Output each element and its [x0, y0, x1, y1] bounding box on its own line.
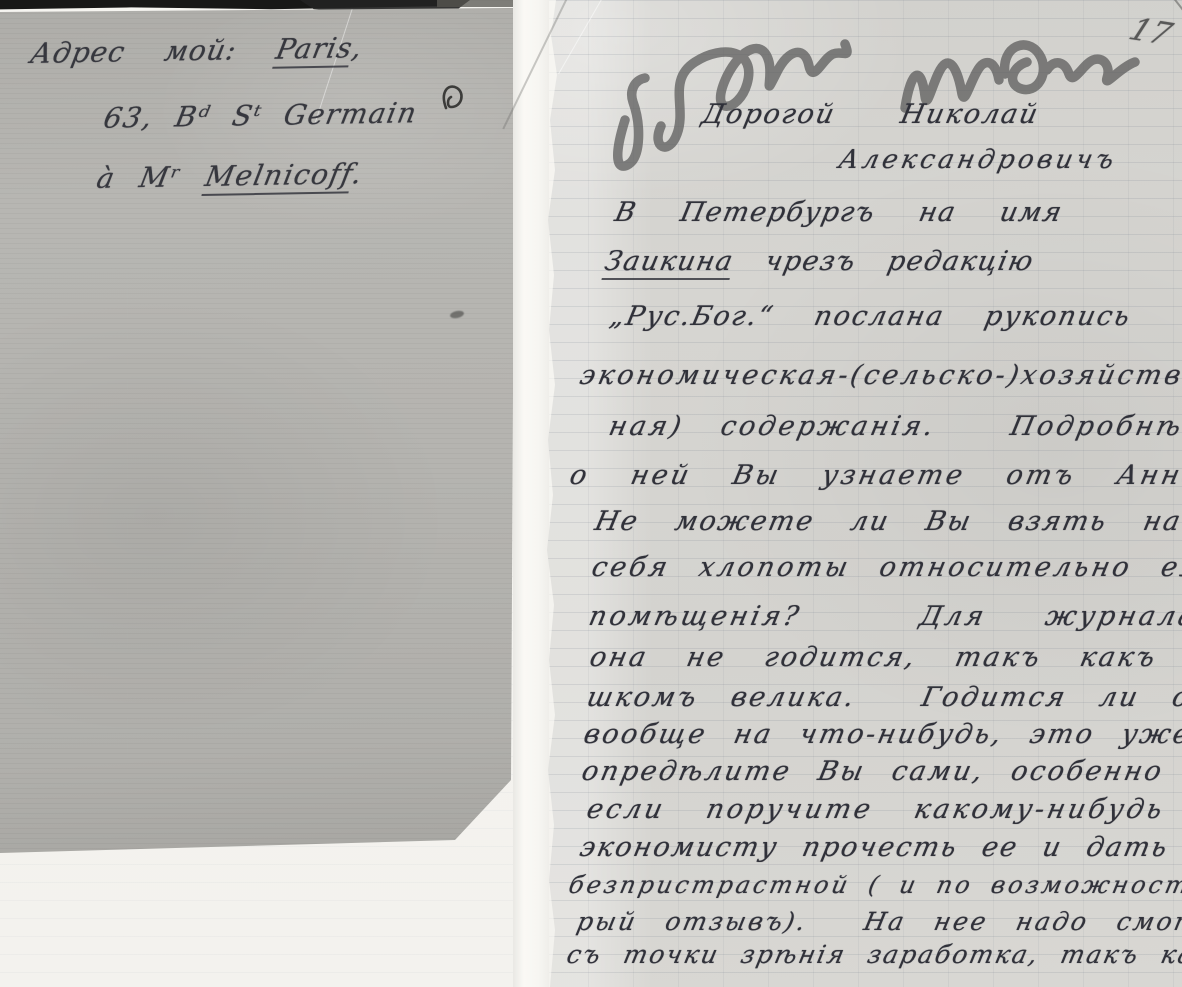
letter-line: помѣщенія? Для журнала [585, 597, 1182, 637]
greeting-line-2: Александровичъ [835, 140, 1121, 180]
address-name: Melnicoff [202, 157, 356, 196]
letter-line: Заикина чрезъ редакцію [601, 242, 1038, 282]
scrawl-stroke [1047, 59, 1135, 81]
letter-line: если поручите какому-нибудь [583, 790, 1169, 830]
address-city: Paris [273, 31, 356, 68]
crease-line [558, 0, 604, 74]
scrawl-stroke [618, 78, 645, 166]
letter-line: Не можете ли Вы взять на [591, 502, 1182, 542]
scrawl-stroke [1005, 45, 1044, 90]
small-curl-mark [438, 80, 468, 114]
letter-page: 17 Дорогой Николай Александровичъ В Пете… [543, 0, 1182, 987]
letter-line: безпристрастной ( и по возможности ско- [565, 865, 1182, 905]
left-page-address-leaf: Адрес мой: Paris, 63, Bᵈ Sᵗ Germain à Mʳ… [0, 8, 515, 856]
letter-line: съ точки зрѣнія заработка, такъ какъ [563, 935, 1182, 975]
letter-line: В Петербургъ на имя [611, 193, 1067, 233]
address-line-3: à Mʳ Melnicoff. [93, 154, 367, 199]
scanned-letter-document: Адрес мой: Paris, 63, Bᵈ Sᵗ Germain à Mʳ… [0, 0, 1182, 987]
letter-line: „Рус.Бог.“ послана рукопись [606, 297, 1135, 337]
letter-line: экономисту прочесть ее и дать [576, 828, 1173, 868]
address-line3-prefix: à Mʳ [94, 160, 209, 195]
letter-line-rest: чрезъ редакцію [730, 246, 1037, 277]
letter-line: опредѣлите Вы сами, особенно [578, 752, 1168, 792]
address-line-1: Адрес мой: Paris, [27, 28, 366, 74]
ink-smudge [449, 310, 464, 320]
letter-line: она не годится, такъ какъ сли- [586, 638, 1182, 678]
greeting-line-1: Дорогой Николай [698, 95, 1043, 135]
letter-line: ная) содержанія. Подробнѣе [605, 407, 1182, 447]
curl-stroke [444, 87, 462, 108]
address-line-2: 63, Bᵈ Sᵗ Germain [100, 93, 421, 139]
letter-line: вообще на что-нибудь, это уже [580, 715, 1182, 755]
letter-line: шкомъ велика. Годится ли она [583, 678, 1182, 718]
scan-edge-strip [437, 0, 523, 7]
letter-line: экономическая-(сельско-)хозяйствен- [576, 356, 1182, 396]
address-block: Адрес мой: Paris, 63, Bᵈ Sᵗ Germain à Mʳ… [0, 4, 517, 253]
letter-line: о ней Вы узнаете отъ Анненскаго [566, 456, 1182, 496]
address-line1-prefix: Адрес мой: [28, 33, 280, 70]
underlined-name: Заикина [601, 246, 736, 280]
letter-line: себя хлопоты относительно ея [588, 548, 1182, 588]
